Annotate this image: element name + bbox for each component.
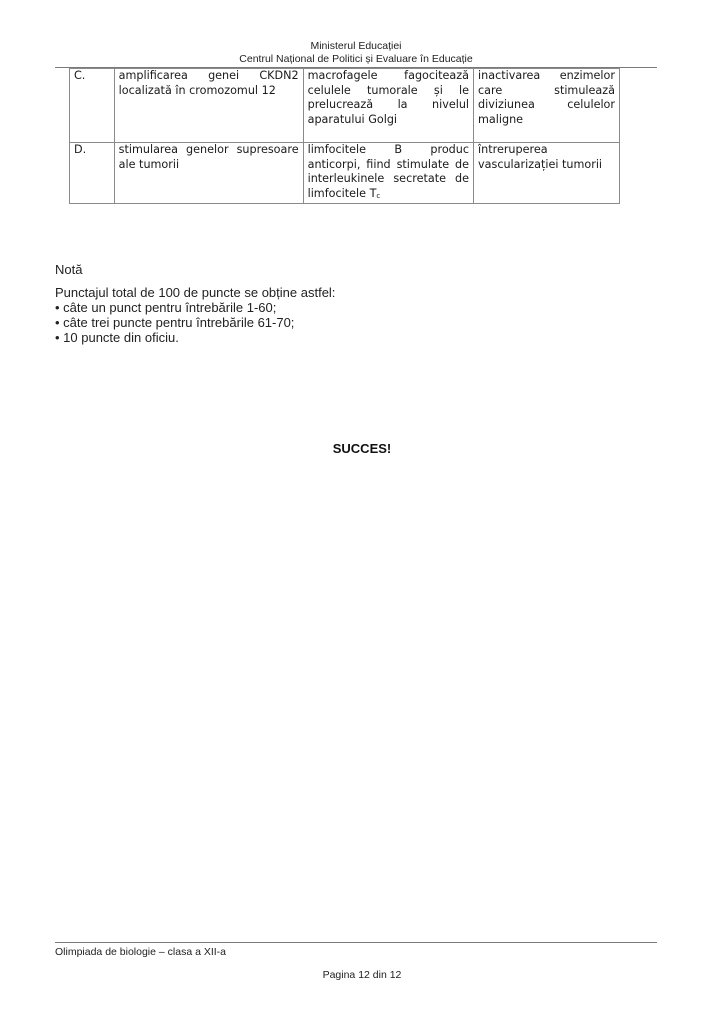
cell-line: întreruperea (478, 143, 615, 158)
header-center: Centrul Național de Politici și Evaluare… (55, 53, 657, 66)
note-item: câte trei puncte pentru întrebările 61-7… (55, 315, 335, 330)
cell-line: localizată în cromozomul 12 (119, 84, 299, 99)
table-row: C. amplificarea genei CKDN2 localizată î… (70, 69, 620, 143)
note-item: câte un punct pentru întrebările 1-60; (55, 300, 335, 315)
answer-options-table: C. amplificarea genei CKDN2 localizată î… (69, 68, 620, 204)
note-list: câte un punct pentru întrebările 1-60; c… (55, 300, 335, 345)
option-letter: D. (70, 143, 115, 204)
document-page: Ministerul Educației Centrul Național de… (0, 0, 724, 1024)
cell-line: macrofagele fagocitează (308, 69, 469, 84)
cell-line: interleukinele secretate de (308, 172, 469, 187)
header-ministry: Ministerul Educației (55, 40, 657, 53)
cell-line: amplificarea genei CKDN2 (119, 69, 299, 84)
scoring-note: Notă Punctajul total de 100 de puncte se… (55, 262, 335, 345)
cell-line: limfocitele Tc (308, 187, 469, 204)
cell-column-3: inactivarea enzimelor care stimulează di… (474, 69, 620, 143)
closing-message: SUCCES! (0, 441, 724, 456)
cell-line: inactivarea enzimelor (478, 69, 615, 84)
page-header: Ministerul Educației Centrul Național de… (55, 40, 657, 66)
cell-column-1: stimularea genelor supresoare ale tumori… (114, 143, 303, 204)
cell-line: aparatului Golgi (308, 113, 469, 128)
note-title: Notă (55, 262, 335, 278)
option-letter: C. (70, 69, 115, 143)
cell-line: prelucrează la nivelul (308, 98, 469, 113)
cell-column-2: limfocitele B produc anticorpi, fiind st… (303, 143, 473, 204)
table-row: D. stimularea genelor supresoare ale tum… (70, 143, 620, 204)
note-intro: Punctajul total de 100 de puncte se obți… (55, 285, 335, 300)
cell-line: ale tumorii (119, 158, 299, 173)
cell-line: vascularizației tumorii (478, 158, 615, 173)
cell-line: stimularea genelor supresoare (119, 143, 299, 158)
cell-line: care stimulează (478, 84, 615, 99)
cell-column-2: macrofagele fagocitează celulele tumoral… (303, 69, 473, 143)
footer-exam-name: Olimpiada de biologie – clasa a XII-a (55, 946, 226, 958)
cell-line: limfocitele B produc (308, 143, 469, 158)
subscript-c: c (376, 192, 380, 200)
note-item: 10 puncte din oficiu. (55, 330, 335, 345)
cell-line: celulele tumorale și le (308, 84, 469, 99)
cell-line: anticorpi, fiind stimulate de (308, 158, 469, 173)
lymphocyte-label: limfocitele T (308, 187, 377, 200)
cell-column-1: amplificarea genei CKDN2 localizată în c… (114, 69, 303, 143)
page-number: Pagina 12 din 12 (0, 969, 724, 981)
footer-divider (55, 942, 657, 943)
cell-line: diviziunea celulelor (478, 98, 615, 113)
cell-column-3: întreruperea vascularizației tumorii (474, 143, 620, 204)
cell-line: maligne (478, 113, 615, 128)
